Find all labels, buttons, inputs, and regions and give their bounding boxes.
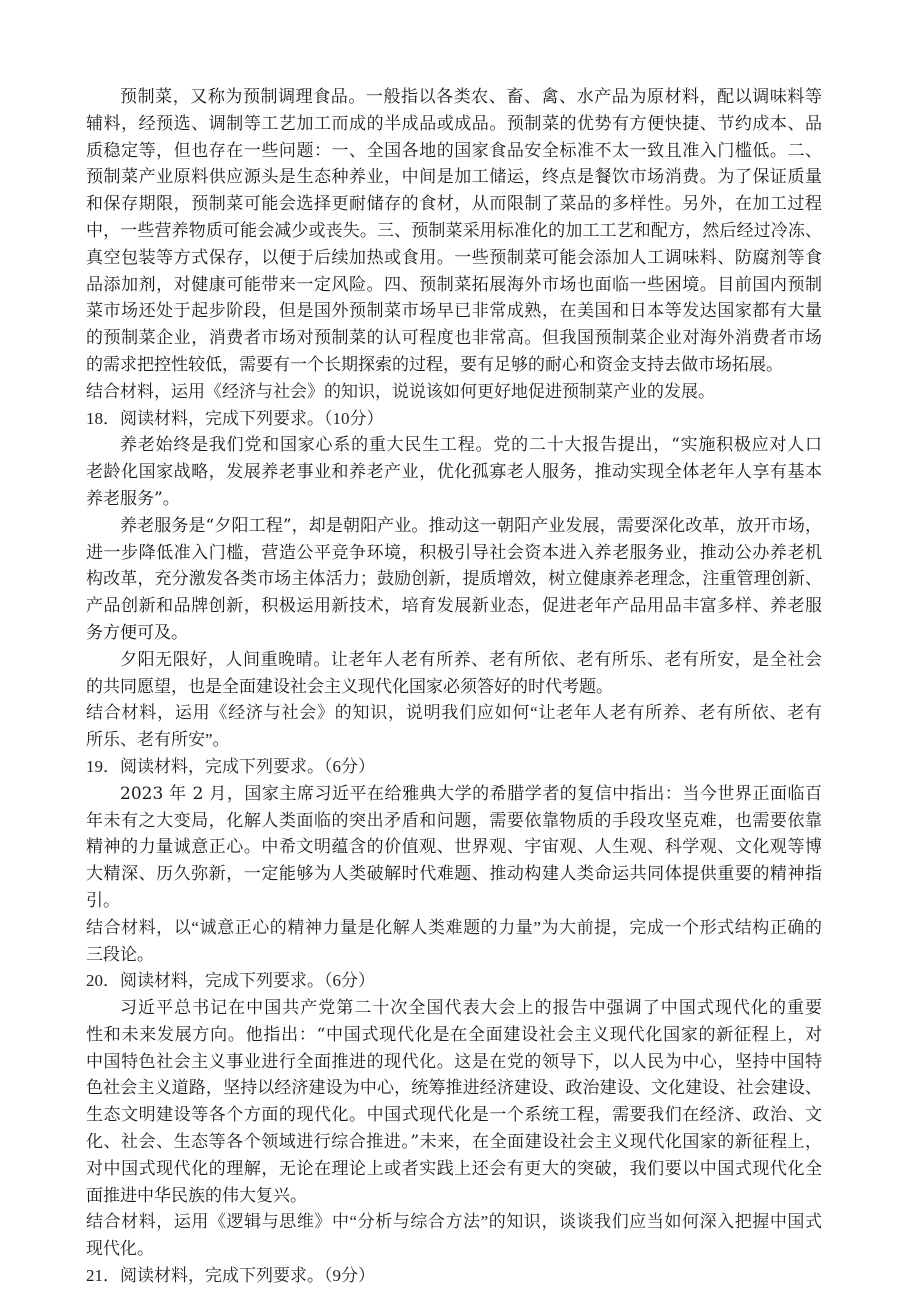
- text-line: 中，一些营养物质可能会减少或丧失。三、预制菜采用标准化的加工工艺和配方，然后经过…: [86, 218, 822, 245]
- text-line: 菜市场还处于起步阶段，但是国外预制菜市场早已非常成熟，在美国和日本等发达国家都有…: [86, 298, 822, 325]
- q17-task: 结合材料，运用《经济与社会》的知识，说说该如何更好地促进预制菜产业的发展。: [86, 379, 822, 406]
- text-line: 预制菜产业原料供应源头是生态种养业，中间是加工储运，终点是餐饮市场消费。为了保证…: [86, 164, 822, 191]
- text-line: 的共同愿望，也是全面建设社会主义现代化国家必须答好的时代考题。: [86, 674, 822, 701]
- text-line: 精神的力量诚意正心。中希文明蕴含的价值观、世界观、宇宙观、人生观、科学观、文化观…: [86, 834, 822, 861]
- text-line: 品添加剂，对健康可能带来一定风险。四、预制菜拓展海外市场也面临一些困境。目前国内…: [86, 272, 822, 299]
- exam-page: 预制菜，又称为预制调理食品。一般指以各类农、畜、禽、水产品为原材料，配以调味料等…: [86, 84, 822, 1290]
- text-line: 的预制菜企业，消费者市场对预制菜的认可程度也非常高。但我国预制菜企业对海外消费者…: [86, 325, 822, 352]
- text-line: 所乐、老有所安”。: [86, 727, 822, 754]
- text-line: 养老服务是“夕阳工程”，却是朝阳产业。推动这一朝阳产业发展，需要深化改革，放开市…: [86, 513, 822, 540]
- text-line: 2023 年 2 月，国家主席习近平在给雅典大学的希腊学者的复信中指出：当今世界…: [86, 781, 822, 808]
- q21-header: 21．阅读材料，完成下列要求。（9分）: [86, 1263, 822, 1290]
- text-line: 养老始终是我们党和国家心系的重大民生工程。党的二十大报告提出，“实施积极应对人口: [86, 432, 822, 459]
- text-line: 质稳定等，但也存在一些问题：一、全国各地的国家食品安全标准不太一致且准入门槛低。…: [86, 138, 822, 165]
- text-line: 中国特色社会主义事业进行全面推进的现代化。这是在党的领导下，以人民为中心，坚持中…: [86, 1049, 822, 1076]
- q18-paragraph-1: 养老始终是我们党和国家心系的重大民生工程。党的二十大报告提出，“实施积极应对人口…: [86, 432, 822, 512]
- text-line: 大精深、历久弥新，一定能够为人类破解时代难题、推动构建人类命运共同体提供重要的精…: [86, 861, 822, 888]
- q19-task: 结合材料，以“诚意正心的精神力量是化解人类难题的力量”为大前提，完成一个形式结构…: [86, 915, 822, 969]
- text-line: 夕阳无限好，人间重晚晴。让老年人老有所养、老有所依、老有所乐、老有所安，是全社会: [86, 647, 822, 674]
- q19-paragraph: 2023 年 2 月，国家主席习近平在给雅典大学的希腊学者的复信中指出：当今世界…: [86, 781, 822, 915]
- text-line: 色社会主义道路，坚持以经济建设为中心，统筹推进经济建设、政治建设、文化建设、社会…: [86, 1075, 822, 1102]
- text-line: 生态文明建设等各个方面的现代化。中国式现代化是一个系统工程，需要我们在经济、政治…: [86, 1102, 822, 1129]
- text-line: 面推进中华民族的伟大复兴。: [86, 1183, 822, 1210]
- text-line: 和保存期限，预制菜可能会选择更耐储存的食材，从而限制了菜品的多样性。另外，在加工…: [86, 191, 822, 218]
- text-line: 年未有之大变局，化解人类面临的突出矛盾和问题，需要依靠物质的手段攻坚克难，也需要…: [86, 808, 822, 835]
- text-line: 老龄化国家战略，发展养老事业和养老产业，优化孤寡老人服务，推动实现全体老年人享有…: [86, 459, 822, 486]
- text-line: 性和未来发展方向。他指出：“中国式现代化是在全面建设社会主义现代化国家的新征程上…: [86, 1022, 822, 1049]
- text-line: 真空包装等方式保存，以便于后续加热或食用。一些预制菜可能会添加人工调味料、防腐剂…: [86, 245, 822, 272]
- text-line: 化、社会、生态等各个领域进行综合推进。”未来，在全面建设社会主义现代化国家的新征…: [86, 1129, 822, 1156]
- text-line: 现代化。: [86, 1236, 822, 1263]
- text-line: 习近平总书记在中国共产党第二十次全国代表大会上的报告中强调了中国式现代化的重要: [86, 995, 822, 1022]
- q20-task: 结合材料，运用《逻辑与思维》中“分析与综合方法”的知识，谈谈我们应当如何深入把握…: [86, 1209, 822, 1263]
- text-line: 的需求把控性较低，需要有一个长期探索的过程，要有足够的耐心和资金支持去做市场拓展…: [86, 352, 822, 379]
- text-line: 产品创新和品牌创新，积极运用新技术，培育发展新业态，促进老年产品用品丰富多样、养…: [86, 593, 822, 620]
- q18-task: 结合材料，运用《经济与社会》的知识，说明我们应如何“让老年人老有所养、老有所依、…: [86, 700, 822, 754]
- q18-paragraph-3: 夕阳无限好，人间重晚晴。让老年人老有所养、老有所依、老有所乐、老有所安，是全社会…: [86, 647, 822, 701]
- text-line: 引。: [86, 888, 822, 915]
- text-line: 进一步降低准入门槛，营造公平竞争环境，积极引导社会资本进入养老服务业，推动公办养…: [86, 540, 822, 567]
- text-line: 结合材料，以“诚意正心的精神力量是化解人类难题的力量”为大前提，完成一个形式结构…: [86, 915, 822, 942]
- text-line: 结合材料，运用《逻辑与思维》中“分析与综合方法”的知识，谈谈我们应当如何深入把握…: [86, 1209, 822, 1236]
- text-line: 预制菜，又称为预制调理食品。一般指以各类农、畜、禽、水产品为原材料，配以调味料等: [86, 84, 822, 111]
- text-line: 结合材料，运用《经济与社会》的知识，说明我们应如何“让老年人老有所养、老有所依、…: [86, 700, 822, 727]
- q20-header: 20．阅读材料，完成下列要求。（6分）: [86, 968, 822, 995]
- q19-header: 19．阅读材料，完成下列要求。（6分）: [86, 754, 822, 781]
- q18-header: 18．阅读材料，完成下列要求。（10分）: [86, 406, 822, 433]
- q20-paragraph: 习近平总书记在中国共产党第二十次全国代表大会上的报告中强调了中国式现代化的重要 …: [86, 995, 822, 1209]
- text-line: 养老服务”。: [86, 486, 822, 513]
- text-line: 构改革，充分激发各类市场主体活力；鼓励创新，提质增效，树立健康养老理念，注重管理…: [86, 566, 822, 593]
- text-line: 辅料，经预选、调制等工艺加工而成的半成品或成品。预制菜的优势有方便快捷、节约成本…: [86, 111, 822, 138]
- text-line: 对中国式现代化的理解，无论在理论上或者实践上还会有更大的突破，我们要以中国式现代…: [86, 1156, 822, 1183]
- text-line: 三段论。: [86, 942, 822, 969]
- text-line: 务方便可及。: [86, 620, 822, 647]
- q17-material: 预制菜，又称为预制调理食品。一般指以各类农、畜、禽、水产品为原材料，配以调味料等…: [86, 84, 822, 379]
- q18-paragraph-2: 养老服务是“夕阳工程”，却是朝阳产业。推动这一朝阳产业发展，需要深化改革，放开市…: [86, 513, 822, 647]
